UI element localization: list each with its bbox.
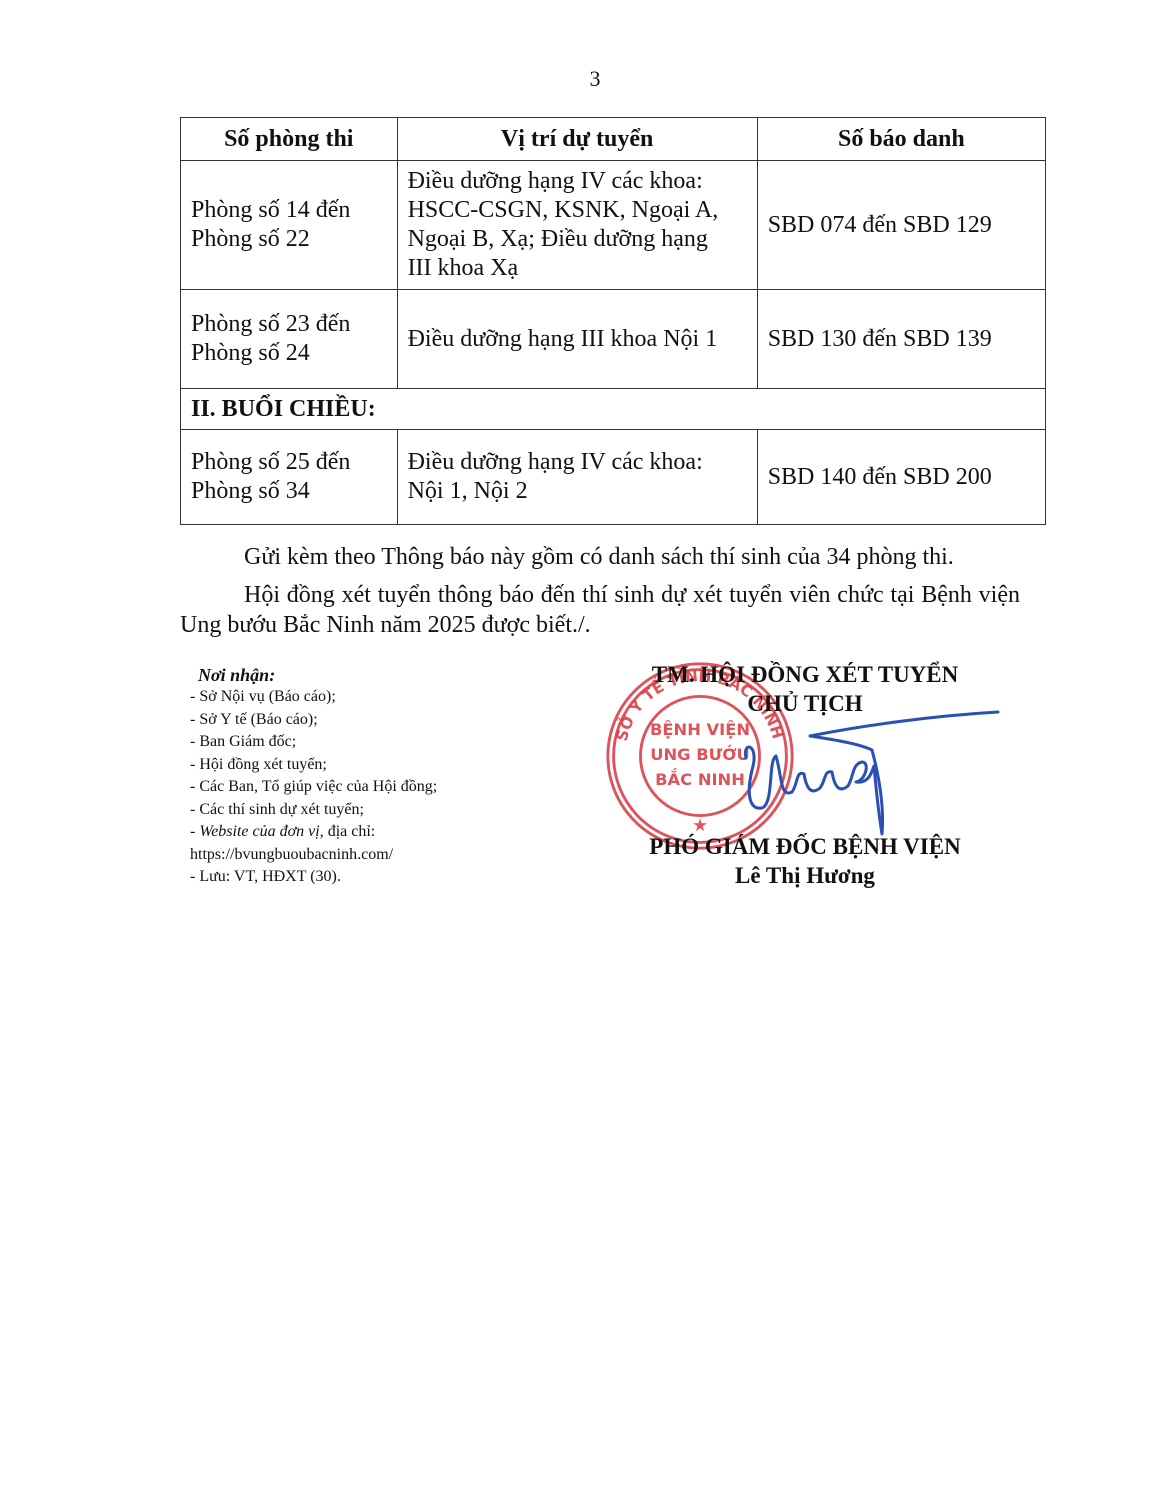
website-label: Website của đơn vị [199, 823, 319, 840]
header-sbd: Số báo danh [757, 118, 1045, 161]
room-line: Phòng số 14 đến [191, 196, 387, 225]
recipient-item: - Sở Y tế (Báo cáo); [190, 709, 437, 732]
position-line: Điều dưỡng hạng IV các khoa: [408, 448, 747, 477]
position-cell: Điều dưỡng hạng III khoa Nội 1 [397, 290, 757, 389]
room-cell: Phòng số 25 đến Phòng số 34 [181, 430, 398, 525]
svg-text:UNG BƯỚU: UNG BƯỚU [650, 745, 750, 764]
recipient-archive: - Lưu: VT, HĐXT (30). [190, 866, 437, 889]
position-line: Điều dưỡng hạng IV các khoa: [408, 167, 747, 196]
room-cell: Phòng số 23 đến Phòng số 24 [181, 290, 398, 389]
room-cell: Phòng số 14 đến Phòng số 22 [181, 161, 398, 290]
header-room: Số phòng thi [181, 118, 398, 161]
website-prefix: - [190, 823, 199, 840]
recipient-item: - Ban Giám đốc; [190, 731, 437, 754]
section-heading: II. BUỔI CHIỀU: [181, 389, 1046, 430]
svg-text:BỆNH VIỆN: BỆNH VIỆN [650, 719, 750, 739]
signature-block-signer: PHÓ GIÁM ĐỐC BỆNH VIỆN Lê Thị Hương [600, 832, 1010, 890]
attachment-paragraph: Gửi kèm theo Thông báo này gồm có danh s… [180, 542, 1020, 572]
room-line: Phòng số 25 đến [191, 448, 387, 477]
recipients-block: Nơi nhận: - Sở Nội vụ (Báo cáo); - Sở Y … [190, 664, 437, 889]
exam-room-table: Số phòng thi Vị trí dự tuyển Số báo danh… [180, 117, 1046, 525]
room-line: Phòng số 23 đến [191, 310, 387, 339]
position-line: HSCC-CSGN, KSNK, Ngoại A, [408, 196, 747, 225]
position-cell: Điều dưỡng hạng IV các khoa: HSCC-CSGN, … [397, 161, 757, 290]
room-line: Phòng số 34 [191, 477, 387, 506]
section-row-afternoon: II. BUỔI CHIỀU: [181, 389, 1046, 430]
recipient-item: - Các thí sinh dự xét tuyển; [190, 799, 437, 822]
recipient-website: - Website của đơn vị, địa chỉ: [190, 821, 437, 844]
council-title: TM. HỘI ĐỒNG XÉT TUYỂN [600, 660, 1010, 689]
recipient-item: - Các Ban, Tổ giúp việc của Hội đồng; [190, 776, 437, 799]
sbd-cell: SBD 140 đến SBD 200 [757, 430, 1045, 525]
sbd-cell: SBD 130 đến SBD 139 [757, 290, 1045, 389]
notice-paragraph: Hội đồng xét tuyển thông báo đến thí sin… [180, 580, 1020, 640]
table-row: Phòng số 25 đến Phòng số 34 Điều dưỡng h… [181, 430, 1046, 525]
table-row: Phòng số 14 đến Phòng số 22 Điều dưỡng h… [181, 161, 1046, 290]
room-line: Phòng số 22 [191, 225, 387, 254]
recipients-title: Nơi nhận: [198, 664, 437, 686]
position-line: Điều dưỡng hạng III khoa Nội 1 [408, 325, 747, 354]
website-suffix: , địa chỉ: [320, 823, 376, 840]
position-line: Ngoại B, Xạ; Điều dưỡng hạng [408, 225, 747, 254]
position-line: Nội 1, Nội 2 [408, 477, 747, 506]
recipient-item: - Sở Nội vụ (Báo cáo); [190, 686, 437, 709]
room-line: Phòng số 24 [191, 339, 387, 368]
recipient-item: - Hội đồng xét tuyển; [190, 754, 437, 777]
signer-position: PHÓ GIÁM ĐỐC BỆNH VIỆN [600, 832, 1010, 861]
sbd-cell: SBD 074 đến SBD 129 [757, 161, 1045, 290]
table-header-row: Số phòng thi Vị trí dự tuyển Số báo danh [181, 118, 1046, 161]
header-position: Vị trí dự tuyển [397, 118, 757, 161]
page-number: 3 [0, 66, 1160, 92]
handwritten-signature-icon [740, 700, 1000, 840]
position-cell: Điều dưỡng hạng IV các khoa: Nội 1, Nội … [397, 430, 757, 525]
position-line: III khoa Xạ [408, 254, 747, 283]
signer-name: Lê Thị Hương [600, 861, 1010, 890]
svg-text:BẮC NINH: BẮC NINH [655, 768, 745, 789]
website-url[interactable]: https://bvungbuoubacninh.com/ [190, 844, 437, 867]
table-row: Phòng số 23 đến Phòng số 24 Điều dưỡng h… [181, 290, 1046, 389]
